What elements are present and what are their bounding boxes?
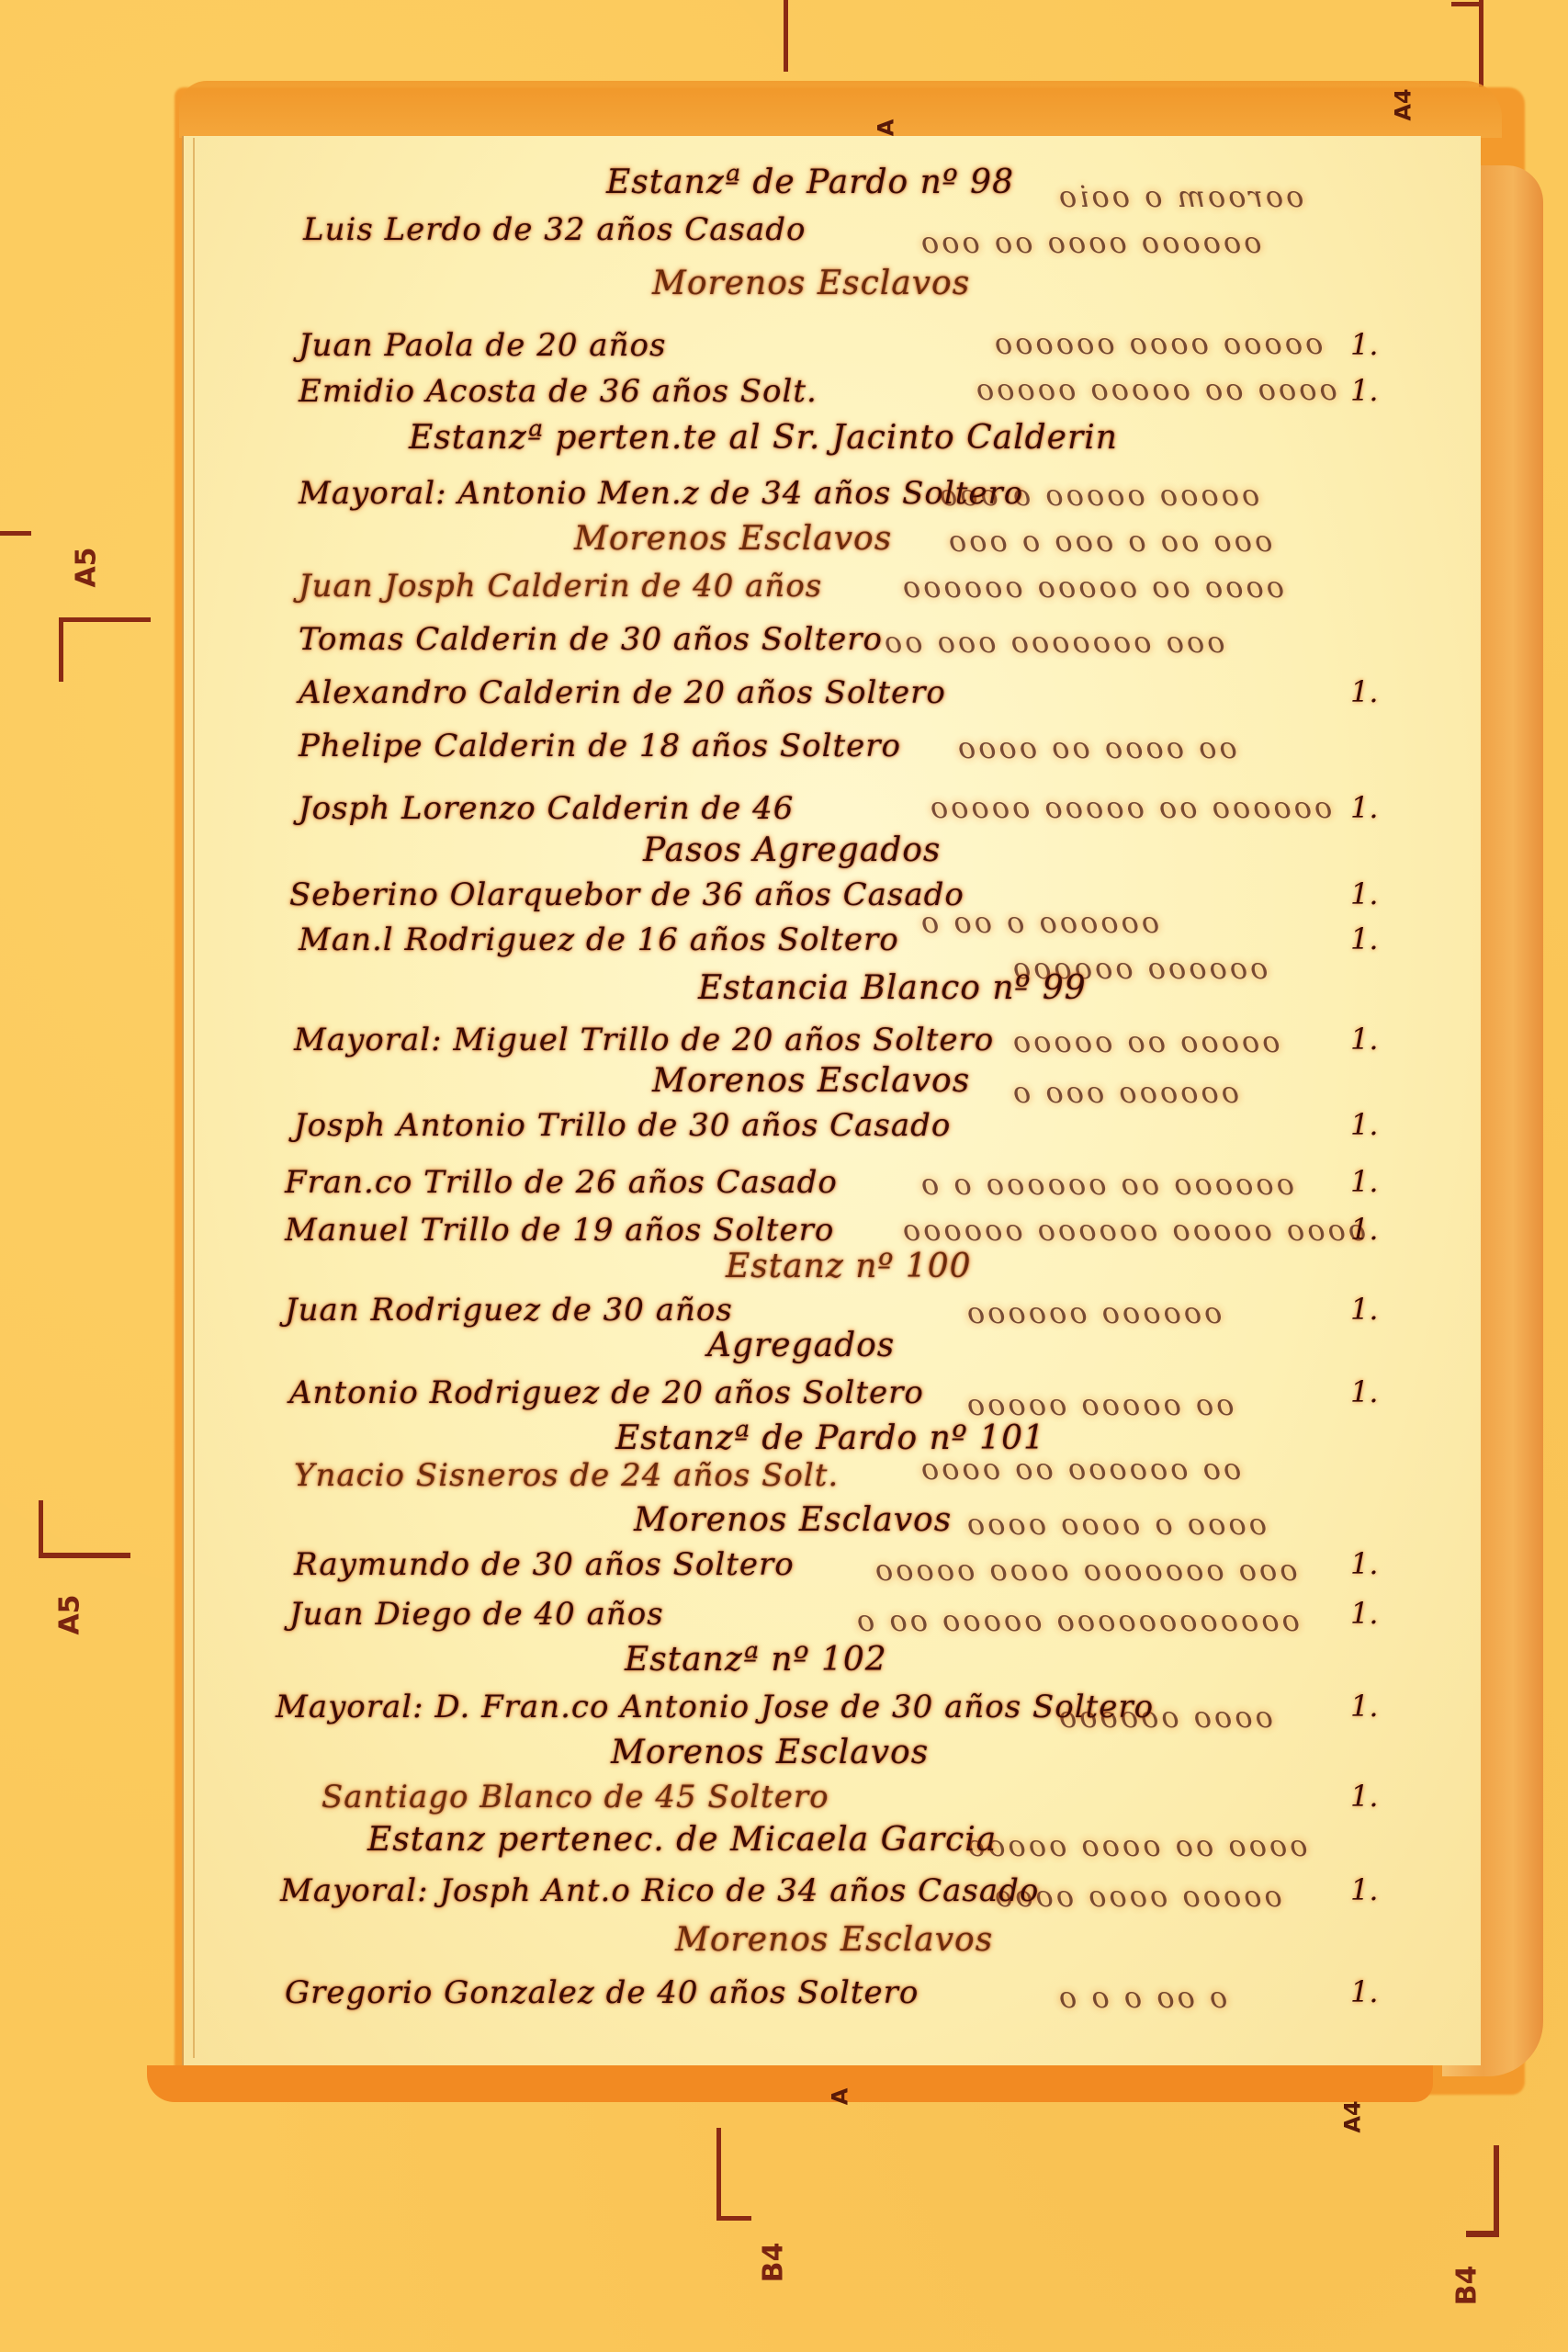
entry-line: Mayoral: D. Fran.co Antonio Jose de 30 a… [276,1689,1154,1725]
tally-mark: 1. [1350,922,1379,956]
entry-line: Emidio Acosta de 36 años Solt. [299,373,818,410]
page-corner-mark-bottom-left: A [827,2088,852,2106]
entry-line: Raymundo de 30 años Soltero [294,1546,795,1583]
entry-line: Juan Diego de 40 años [289,1596,664,1633]
estancia-heading-102: Estanzª nº 102 [625,1641,887,1679]
tally-mark: 1. [1350,1779,1379,1814]
section-heading-esclavos: Morenos Esclavos [574,520,892,558]
entry-line: Gregorio Gonzalez de 40 años Soltero [285,1974,919,2011]
estancia-heading-calderin: Estanzª perten.te al Sr. Jacinto Calderi… [409,419,1118,457]
entry-line: Ynacio Sisneros de 24 años Solt. [294,1457,839,1494]
entry-line: Mayoral: Antonio Men.z de 34 años Solter… [299,475,1023,512]
estancia-heading-garcia: Estanz pertenec. de Micaela Garcia [367,1821,997,1859]
page-bottom-edge [147,2065,1433,2102]
page-corner-mark-top-right: A4 [1391,88,1416,120]
estancia-heading-101: Estanzª de Pardo nº 101 [615,1419,1045,1457]
tally-mark: 1. [1350,1022,1379,1057]
entry-line: Juan Josph Calderin de 40 años [299,568,822,605]
tally-mark: 1. [1350,1107,1379,1142]
section-heading-esclavos: Morenos Esclavos [611,1734,929,1771]
tally-mark: 1. [1350,1872,1379,1907]
tally-mark: 1. [1350,1374,1379,1409]
page-top-stain [179,81,1502,138]
entry-line: Manuel Trillo de 19 años Soltero [285,1212,834,1249]
label-a5-lower: A5 [54,1594,86,1634]
entry-line: Tomas Calderin de 30 años Soltero [299,621,883,658]
entry-line: Phelipe Calderin de 18 años Soltero [299,728,901,764]
tally-mark: 1. [1350,1596,1379,1631]
tally-mark: 1. [1350,327,1379,362]
label-b4-left: B4 [757,2243,789,2283]
section-heading-esclavos: Morenos Esclavos [675,1921,993,1959]
entry-line: Seberino Olarquebor de 36 años Casado [289,876,964,913]
tally-mark: 1. [1350,373,1379,408]
tally-mark: 1. [1350,876,1379,911]
entry-line: Fran.co Trillo de 26 años Casado [285,1164,838,1201]
estancia-heading-100: Estanz nº 100 [726,1248,972,1285]
entry-line: Juan Rodriguez de 30 años [285,1292,733,1329]
entry-line: Luis Lerdo de 32 años Casado [303,211,807,248]
page-left-fold [193,138,195,2058]
entry-line: Alexandro Calderin de 20 años Soltero [299,674,946,711]
section-heading-agregados: Pasos Agregados [643,831,941,869]
entry-line: Man.l Rodriguez de 16 años Soltero [299,922,899,958]
section-heading-esclavos: Morenos Esclavos [652,1062,970,1100]
estancia-heading-98: Estanzª de Pardo nº 98 [606,164,1014,201]
tally-mark: 1. [1350,674,1379,709]
estancia-heading-99: Estancia Blanco nº 99 [698,969,1087,1007]
tally-mark: 1. [1350,1292,1379,1327]
tally-mark: 1. [1350,1212,1379,1247]
entry-line: Antonio Rodriguez de 20 años Soltero [289,1374,924,1411]
entry-line: Santiago Blanco de 45 Soltero [321,1779,829,1815]
tally-mark: 1. [1350,1689,1379,1724]
tally-mark: 1. [1350,1974,1379,2009]
page-corner-mark-bottom-right: A4 [1340,2100,1366,2132]
entry-line: Josph Lorenzo Calderin de 46 [299,790,794,827]
entry-line: Juan Paola de 20 años [299,327,666,364]
section-heading-esclavos: Morenos Esclavos [634,1501,952,1539]
label-a5-upper: A5 [71,547,103,587]
entry-line: Josph Antonio Trillo de 30 años Casado [294,1107,951,1144]
tally-mark: 1. [1350,1546,1379,1581]
tally-mark: 1. [1350,1164,1379,1199]
entry-line: Mayoral: Josph Ant.o Rico de 34 años Cas… [280,1872,1039,1909]
section-heading-esclavos: Morenos Esclavos [652,265,970,302]
tally-mark: 1. [1350,790,1379,825]
label-b4-right: B4 [1450,2266,1483,2306]
page-corner-mark-top-left: A [873,119,898,137]
section-heading-agregados: Agregados [707,1327,895,1364]
entry-line: Mayoral: Miguel Trillo de 20 años Solter… [294,1022,994,1058]
